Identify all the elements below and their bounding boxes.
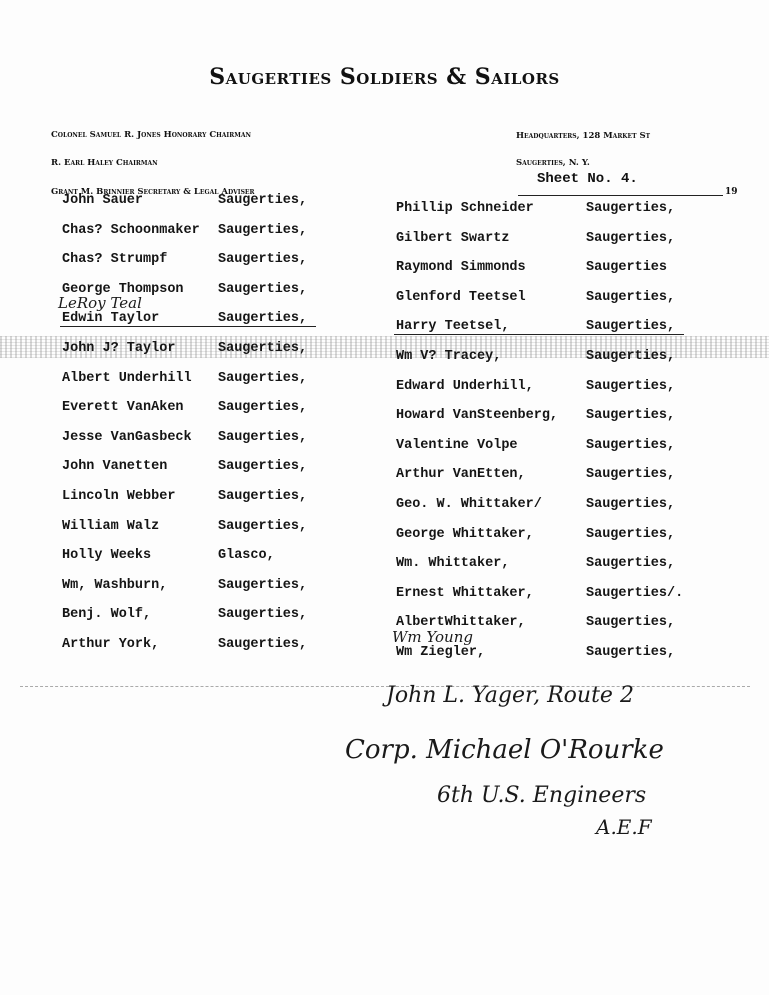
entry-name: Wm V? Tracey, xyxy=(396,349,501,364)
entry-name: William Walz xyxy=(62,519,159,534)
entry-name: Holly Weeks xyxy=(62,548,151,563)
entry-name: John J? Taylor xyxy=(62,341,175,356)
entry-town: Saugerties, xyxy=(218,311,307,326)
entry-name: Geo. W. Whittaker/ xyxy=(396,497,542,512)
entry-name: Gilbert Swartz xyxy=(396,231,509,246)
entry-town: Saugerties, xyxy=(586,349,675,364)
city: Saugerties, N. Y. xyxy=(516,158,590,168)
chairman: R. Earl Haley Chairman xyxy=(51,158,158,168)
entry-town: Saugerties, xyxy=(586,556,675,571)
entry-town: Saugerties, xyxy=(586,408,675,423)
date-year: 19 xyxy=(725,187,738,197)
handwritten-line-1: John L. Yager, Route 2 xyxy=(386,683,634,708)
entry-town: Saugerties/. xyxy=(586,586,683,601)
handwritten-annotation: Wm Young xyxy=(392,628,473,646)
sheet-number: Sheet No. 4. xyxy=(537,171,638,187)
honorary-chairman: Colonel Samuel R. Jones Honorary Chairma… xyxy=(51,130,251,140)
entry-name: John Vanetten xyxy=(62,459,167,474)
entry-name: Arthur York, xyxy=(62,637,159,652)
entry-name: Albert Underhill xyxy=(62,371,192,386)
date-line xyxy=(518,195,723,196)
entry-town: Saugerties, xyxy=(218,252,307,267)
entry-name: Edwin Taylor xyxy=(62,311,159,326)
entry-town: Saugerties, xyxy=(218,193,307,208)
strikethrough-line xyxy=(60,326,316,327)
entry-town: Saugerties, xyxy=(218,637,307,652)
bottom-rule xyxy=(20,686,750,687)
handwritten-line-4: A.E.F xyxy=(596,815,652,839)
entry-town: Saugerties, xyxy=(218,519,307,534)
entry-town: Saugerties, xyxy=(586,645,675,660)
entry-town: Glasco, xyxy=(218,548,275,563)
entry-name: Wm, Washburn, xyxy=(62,578,167,593)
entry-town: Saugerties, xyxy=(586,201,675,216)
entry-town: Saugerties, xyxy=(586,319,675,334)
letterhead-title: Saugerties Soldiers & Sailors xyxy=(0,64,769,90)
entry-name: Wm Ziegler, xyxy=(396,645,485,660)
entry-town: Saugerties, xyxy=(586,615,675,630)
entry-town: Saugerties, xyxy=(218,371,307,386)
entry-name: Chas? Schoonmaker xyxy=(62,223,200,238)
entry-name: Jesse VanGasbeck xyxy=(62,430,192,445)
entry-town: Saugerties, xyxy=(218,459,307,474)
handwritten-line-2: Corp. Michael O'Rourke xyxy=(345,735,664,765)
entry-name: Howard VanSteenberg, xyxy=(396,408,558,423)
document-page: Saugerties Soldiers & Sailors Colonel Sa… xyxy=(0,0,769,995)
entry-name: Lincoln Webber xyxy=(62,489,175,504)
entry-town: Saugerties, xyxy=(586,290,675,305)
entry-town: Saugerties, xyxy=(586,467,675,482)
handwritten-line-3: 6th U.S. Engineers xyxy=(437,783,646,808)
headquarters-address: Headquarters, 128 Market St xyxy=(516,131,650,141)
entry-town: Saugerties, xyxy=(218,341,307,356)
entry-name: Benj. Wolf, xyxy=(62,607,151,622)
entry-name: Arthur VanEtten, xyxy=(396,467,526,482)
entry-town: Saugerties, xyxy=(218,489,307,504)
entry-town: Saugerties, xyxy=(218,282,307,297)
entry-name: Glenford Teetsel xyxy=(396,290,526,305)
entry-town: Saugerties, xyxy=(218,607,307,622)
entry-name: Raymond Simmonds xyxy=(396,260,526,275)
entry-name: Wm. Whittaker, xyxy=(396,556,509,571)
entry-town: Saugerties, xyxy=(586,527,675,542)
entry-name: Phillip Schneider xyxy=(396,201,534,216)
entry-name: Harry Teetsel, xyxy=(396,319,509,334)
entry-town: Saugerties, xyxy=(586,497,675,512)
strikethrough-line xyxy=(394,334,684,335)
entry-name: George Whittaker, xyxy=(396,527,534,542)
handwritten-annotation: LeRoy Teal xyxy=(58,294,142,312)
entry-town: Saugerties, xyxy=(586,438,675,453)
entry-town: Saugerties, xyxy=(218,400,307,415)
entry-town: Saugerties, xyxy=(218,430,307,445)
entry-town: Saugerties, xyxy=(218,578,307,593)
entry-name: Everett VanAken xyxy=(62,400,184,415)
entry-town: Saugerties, xyxy=(218,223,307,238)
entry-town: Saugerties, xyxy=(586,231,675,246)
entry-name: Ernest Whittaker, xyxy=(396,586,534,601)
entry-town: Saugerties xyxy=(586,260,667,275)
entry-name: Chas? Strumpf xyxy=(62,252,167,267)
entry-name: John Sauer xyxy=(62,193,143,208)
entry-name: Edward Underhill, xyxy=(396,379,534,394)
entry-town: Saugerties, xyxy=(586,379,675,394)
entry-name: Valentine Volpe xyxy=(396,438,518,453)
